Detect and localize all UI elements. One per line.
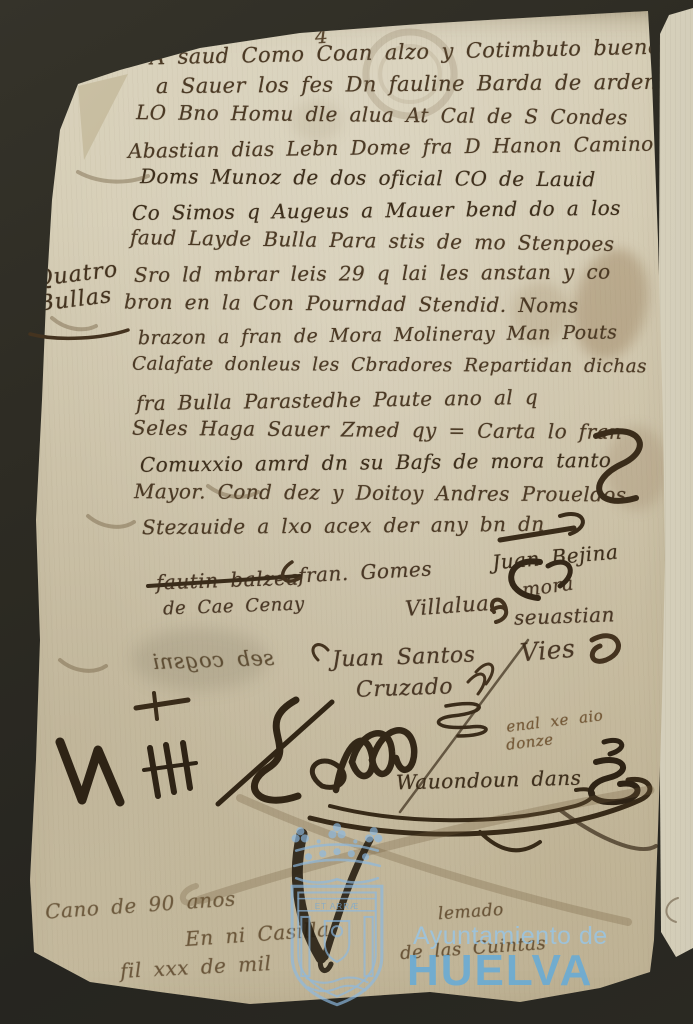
manuscript-line: Seles Haga Sauer Zmed qy = Carta lo fran [132,416,644,452]
manuscript-line: LO Bno Homu dle alua At Cal de S Condes [136,100,648,137]
faded-footer-line: En ni Casilla [184,917,330,951]
signature-flourish-text: Wauondoun dans [396,766,582,795]
signature-cruzado: Cruzado [356,674,454,702]
signature-bejina: Juan Bejina [491,540,619,575]
signature-gomes: fran. Gomes [297,557,432,588]
faded-footer-line: de las Cuintas [399,933,546,964]
manuscript-line: Stezauide a lxo acex der any bn dn [142,510,654,546]
manuscript-line: a Sauer los fes Dn fauline Barda de arde… [156,69,668,105]
margin-note: Quatro Bullas [33,257,122,317]
faded-footer-line: lemado [437,900,504,925]
bleed-through-text: seb cogsni [152,646,275,674]
signature-fautin: fautin balzea [156,566,300,595]
manuscript-line: Calafate donleus les Cbradores Repartida… [132,354,644,388]
manuscript-line: Comuxxio amrd dn su Bafs de mora tanto [140,447,652,484]
manuscript-line: Doms Munoz de dos oficial CO de Lauid [140,164,652,199]
manuscript-line: Sro ld mbrar leis 29 q lai les anstan y … [134,259,646,294]
signature-vies: Vies [519,634,577,668]
faded-footer-line: fil xxx de mil [119,951,272,983]
faded-footer-line: Cano de 90 anos [44,886,236,923]
manuscript-line: faud Layde Bulla Para stis de mo Stenpoe… [130,225,642,264]
signature-santos: Juan Santos [332,643,476,673]
signature-bejina-line2: mora [521,572,575,601]
signature-villalua: Villalua [404,591,490,621]
manuscript-line: Mayor. Cond dez y Doitoy Andres Proueldo… [134,479,646,514]
manuscript-line: bron en la Con Pourndad Stendid. Noms [124,290,636,326]
marginal-small-note: enal xe aio [505,706,604,736]
signature-sebastian: seuastian [514,602,616,630]
manuscript-page: 4 A saud Como Coan alzo y Cotimbuto buen… [0,0,693,1024]
manuscript-line: brazon a fran de Mora Molineray Man Pout… [138,321,650,359]
signature-fautin-line2: de Cae Cenay [163,594,305,620]
manuscript-text-block: A saud Como Coan alzo y Cotimbuto buenes… [150,40,662,544]
archival-manuscript-photo: 4 A saud Como Coan alzo y Cotimbuto buen… [0,0,693,1024]
